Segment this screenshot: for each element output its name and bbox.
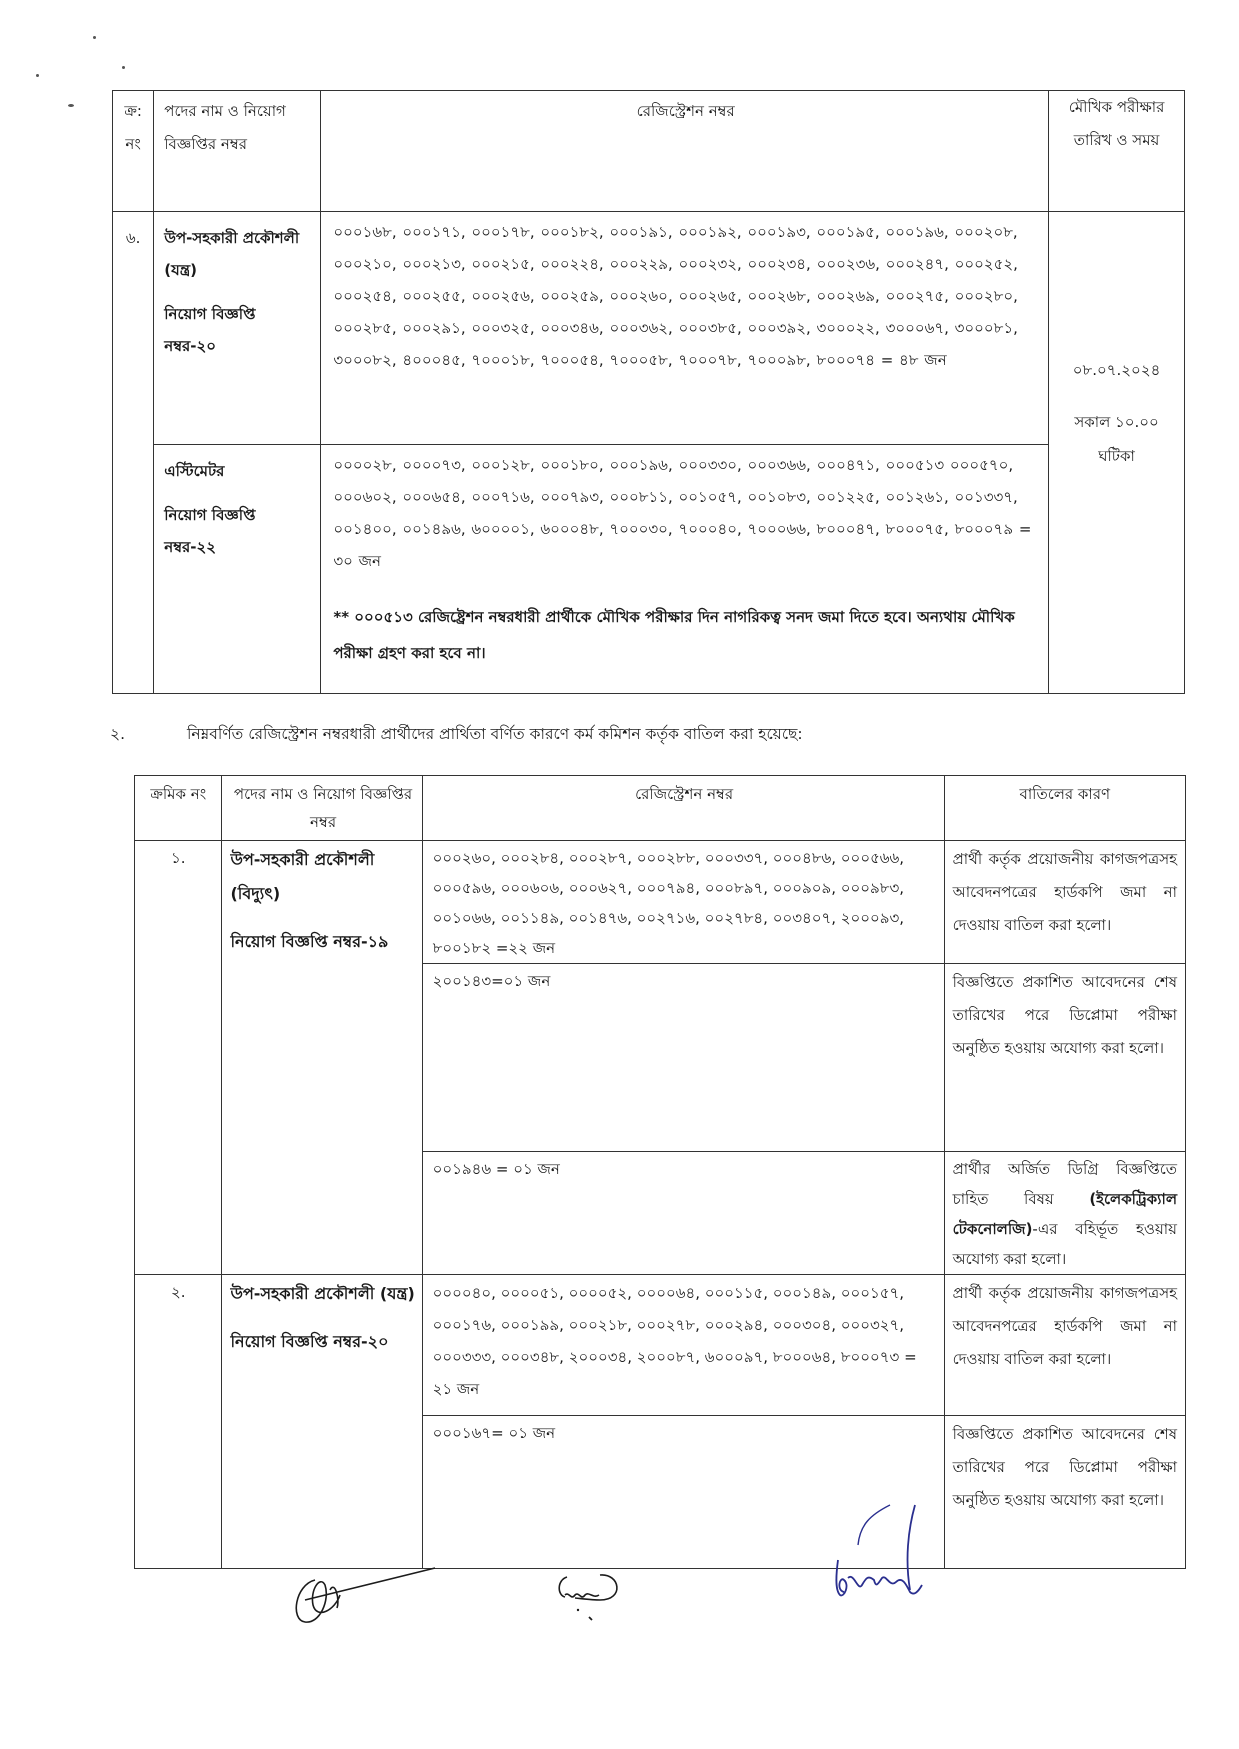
registration-cell: ০০০০২৮, ০০০০৭৩, ০০০১২৮, ০০০১৮০, ০০০১৯৬, … bbox=[321, 445, 1049, 694]
registration-cell: ০০০০৪০, ০০০০৫১, ০০০০৫২, ০০০০৬৪, ০০০১১৫, … bbox=[422, 1275, 944, 1416]
scan-speck bbox=[93, 36, 96, 39]
registration-cell: ২০০১৪৩=০১ জন bbox=[422, 964, 944, 1152]
notice-number: নিয়োগ বিজ্ঞপ্তি নম্বর-২০ bbox=[164, 298, 312, 362]
post-name: এস্টিমেটর bbox=[164, 455, 312, 487]
section-2-paragraph: ২.নিম্নবর্ণিত রেজিস্ট্রেশন নম্বরধারী প্র… bbox=[110, 722, 803, 748]
scan-speck bbox=[68, 104, 74, 107]
signature-2 bbox=[555, 1565, 635, 1635]
header-post: পদের নাম ও নিয়োগ বিজ্ঞপ্তির নম্বর bbox=[154, 91, 321, 212]
table-header-row: ক্রমিক নং পদের নাম ও নিয়োগ বিজ্ঞপ্তির ন… bbox=[135, 776, 1186, 841]
reason-cell: প্রার্থী কর্তৃক প্রয়োজনীয় কাগজপত্রসহ আ… bbox=[944, 1275, 1185, 1416]
registration-cell: ০০১৯৪৬ = ০১ জন bbox=[422, 1152, 944, 1275]
post-name: উপ-সহকারী প্রকৌশলী (বিদ্যুৎ) bbox=[230, 843, 415, 911]
post-cell: উপ-সহকারী প্রকৌশলী (যন্ত্র) নিয়োগ বিজ্ঞ… bbox=[154, 212, 321, 445]
section-number: ২. bbox=[110, 722, 187, 748]
viva-schedule-table: ক্র: নং পদের নাম ও নিয়োগ বিজ্ঞপ্তির নম্… bbox=[112, 90, 1185, 694]
viva-date: ০৮.০৭.২০২৪ bbox=[1053, 353, 1180, 387]
notice-number: নিয়োগ বিজ্ঞপ্তি নম্বর-১৯ bbox=[230, 925, 415, 959]
viva-time: সকাল ১০.০০ ঘটিকা bbox=[1053, 405, 1180, 473]
reason-cell: প্রার্থীর অর্জিত ডিগ্রি বিজ্ঞপ্তিতে চাহি… bbox=[944, 1152, 1185, 1275]
reason-cell: প্রার্থী কর্তৃক প্রয়োজনীয় কাগজপত্রসহ আ… bbox=[944, 841, 1185, 964]
header-serial: ক্রমিক নং bbox=[135, 776, 222, 841]
scan-speck bbox=[122, 66, 125, 69]
table-row: ৬. উপ-সহকারী প্রকৌশলী (যন্ত্র) নিয়োগ বি… bbox=[113, 212, 1185, 445]
registration-list: ০০০১৬৮, ০০০১৭১, ০০০১৭৮, ০০০১৮২, ০০০১৯১, … bbox=[333, 216, 1038, 376]
header-serial: ক্র: নং bbox=[113, 91, 154, 212]
reason-cell: বিজ্ঞপ্তিতে প্রকাশিত আবেদনের শেষ তারিখের… bbox=[944, 964, 1185, 1152]
signature-3 bbox=[830, 1500, 950, 1610]
notice-number: নিয়োগ বিজ্ঞপ্তি নম্বর-২০ bbox=[230, 1325, 415, 1359]
header-registration: রেজিস্ট্রেশন নম্বর bbox=[422, 776, 944, 841]
row-serial: ৬. bbox=[113, 212, 154, 694]
registration-cell: ০০০২৬০, ০০০২৮৪, ০০০২৮৭, ০০০২৮৮, ০০০৩৩৭, … bbox=[422, 841, 944, 964]
table-row: ২. উপ-সহকারী প্রকৌশলী (যন্ত্র) নিয়োগ বি… bbox=[135, 1275, 1186, 1416]
post-name: উপ-সহকারী প্রকৌশলী (যন্ত্র) bbox=[164, 222, 312, 286]
cancellation-table: ক্রমিক নং পদের নাম ও নিয়োগ বিজ্ঞপ্তির ন… bbox=[134, 775, 1186, 1569]
post-cell: উপ-সহকারী প্রকৌশলী (যন্ত্র) নিয়োগ বিজ্ঞ… bbox=[222, 1275, 422, 1569]
section-text: নিম্নবর্ণিত রেজিস্ট্রেশন নম্বরধারী প্রার… bbox=[187, 725, 803, 743]
header-post: পদের নাম ও নিয়োগ বিজ্ঞপ্তির নম্বর bbox=[222, 776, 422, 841]
post-name: উপ-সহকারী প্রকৌশলী (যন্ত্র) bbox=[230, 1277, 415, 1311]
scan-speck bbox=[36, 74, 39, 77]
table-header-row: ক্র: নং পদের নাম ও নিয়োগ বিজ্ঞপ্তির নম্… bbox=[113, 91, 1185, 212]
notice-number: নিয়োগ বিজ্ঞপ্তি নম্বর-২২ bbox=[164, 499, 312, 563]
reason-cell: বিজ্ঞপ্তিতে প্রকাশিত আবেদনের শেষ তারিখের… bbox=[944, 1416, 1185, 1569]
post-cell: এস্টিমেটর নিয়োগ বিজ্ঞপ্তি নম্বর-২২ bbox=[154, 445, 321, 694]
registration-list: ০০০০২৮, ০০০০৭৩, ০০০১২৮, ০০০১৮০, ০০০১৯৬, … bbox=[333, 449, 1038, 577]
registration-cell: ০০০১৬৮, ০০০১৭১, ০০০১৭৮, ০০০১৮২, ০০০১৯১, … bbox=[321, 212, 1049, 445]
row-serial: ১. bbox=[135, 841, 222, 1275]
header-viva-date: মৌখিক পরীক্ষার তারিখ ও সময় bbox=[1049, 91, 1185, 212]
header-reason: বাতিলের কারণ bbox=[944, 776, 1185, 841]
header-registration: রেজিস্ট্রেশন নম্বর bbox=[321, 91, 1049, 212]
row-serial: ২. bbox=[135, 1275, 222, 1569]
table-row: ১. উপ-সহকারী প্রকৌশলী (বিদ্যুৎ) নিয়োগ ব… bbox=[135, 841, 1186, 964]
citizenship-note: ** ০০০৫১৩ রেজিষ্ট্রেশন নম্বরধারী প্রার্থ… bbox=[333, 599, 1038, 671]
viva-date-cell: ০৮.০৭.২০২৪ সকাল ১০.০০ ঘটিকা bbox=[1049, 212, 1185, 694]
table-row: এস্টিমেটর নিয়োগ বিজ্ঞপ্তি নম্বর-২২ ০০০০… bbox=[113, 445, 1185, 694]
signature-1 bbox=[285, 1560, 445, 1630]
post-cell: উপ-সহকারী প্রকৌশলী (বিদ্যুৎ) নিয়োগ বিজ্… bbox=[222, 841, 422, 1275]
